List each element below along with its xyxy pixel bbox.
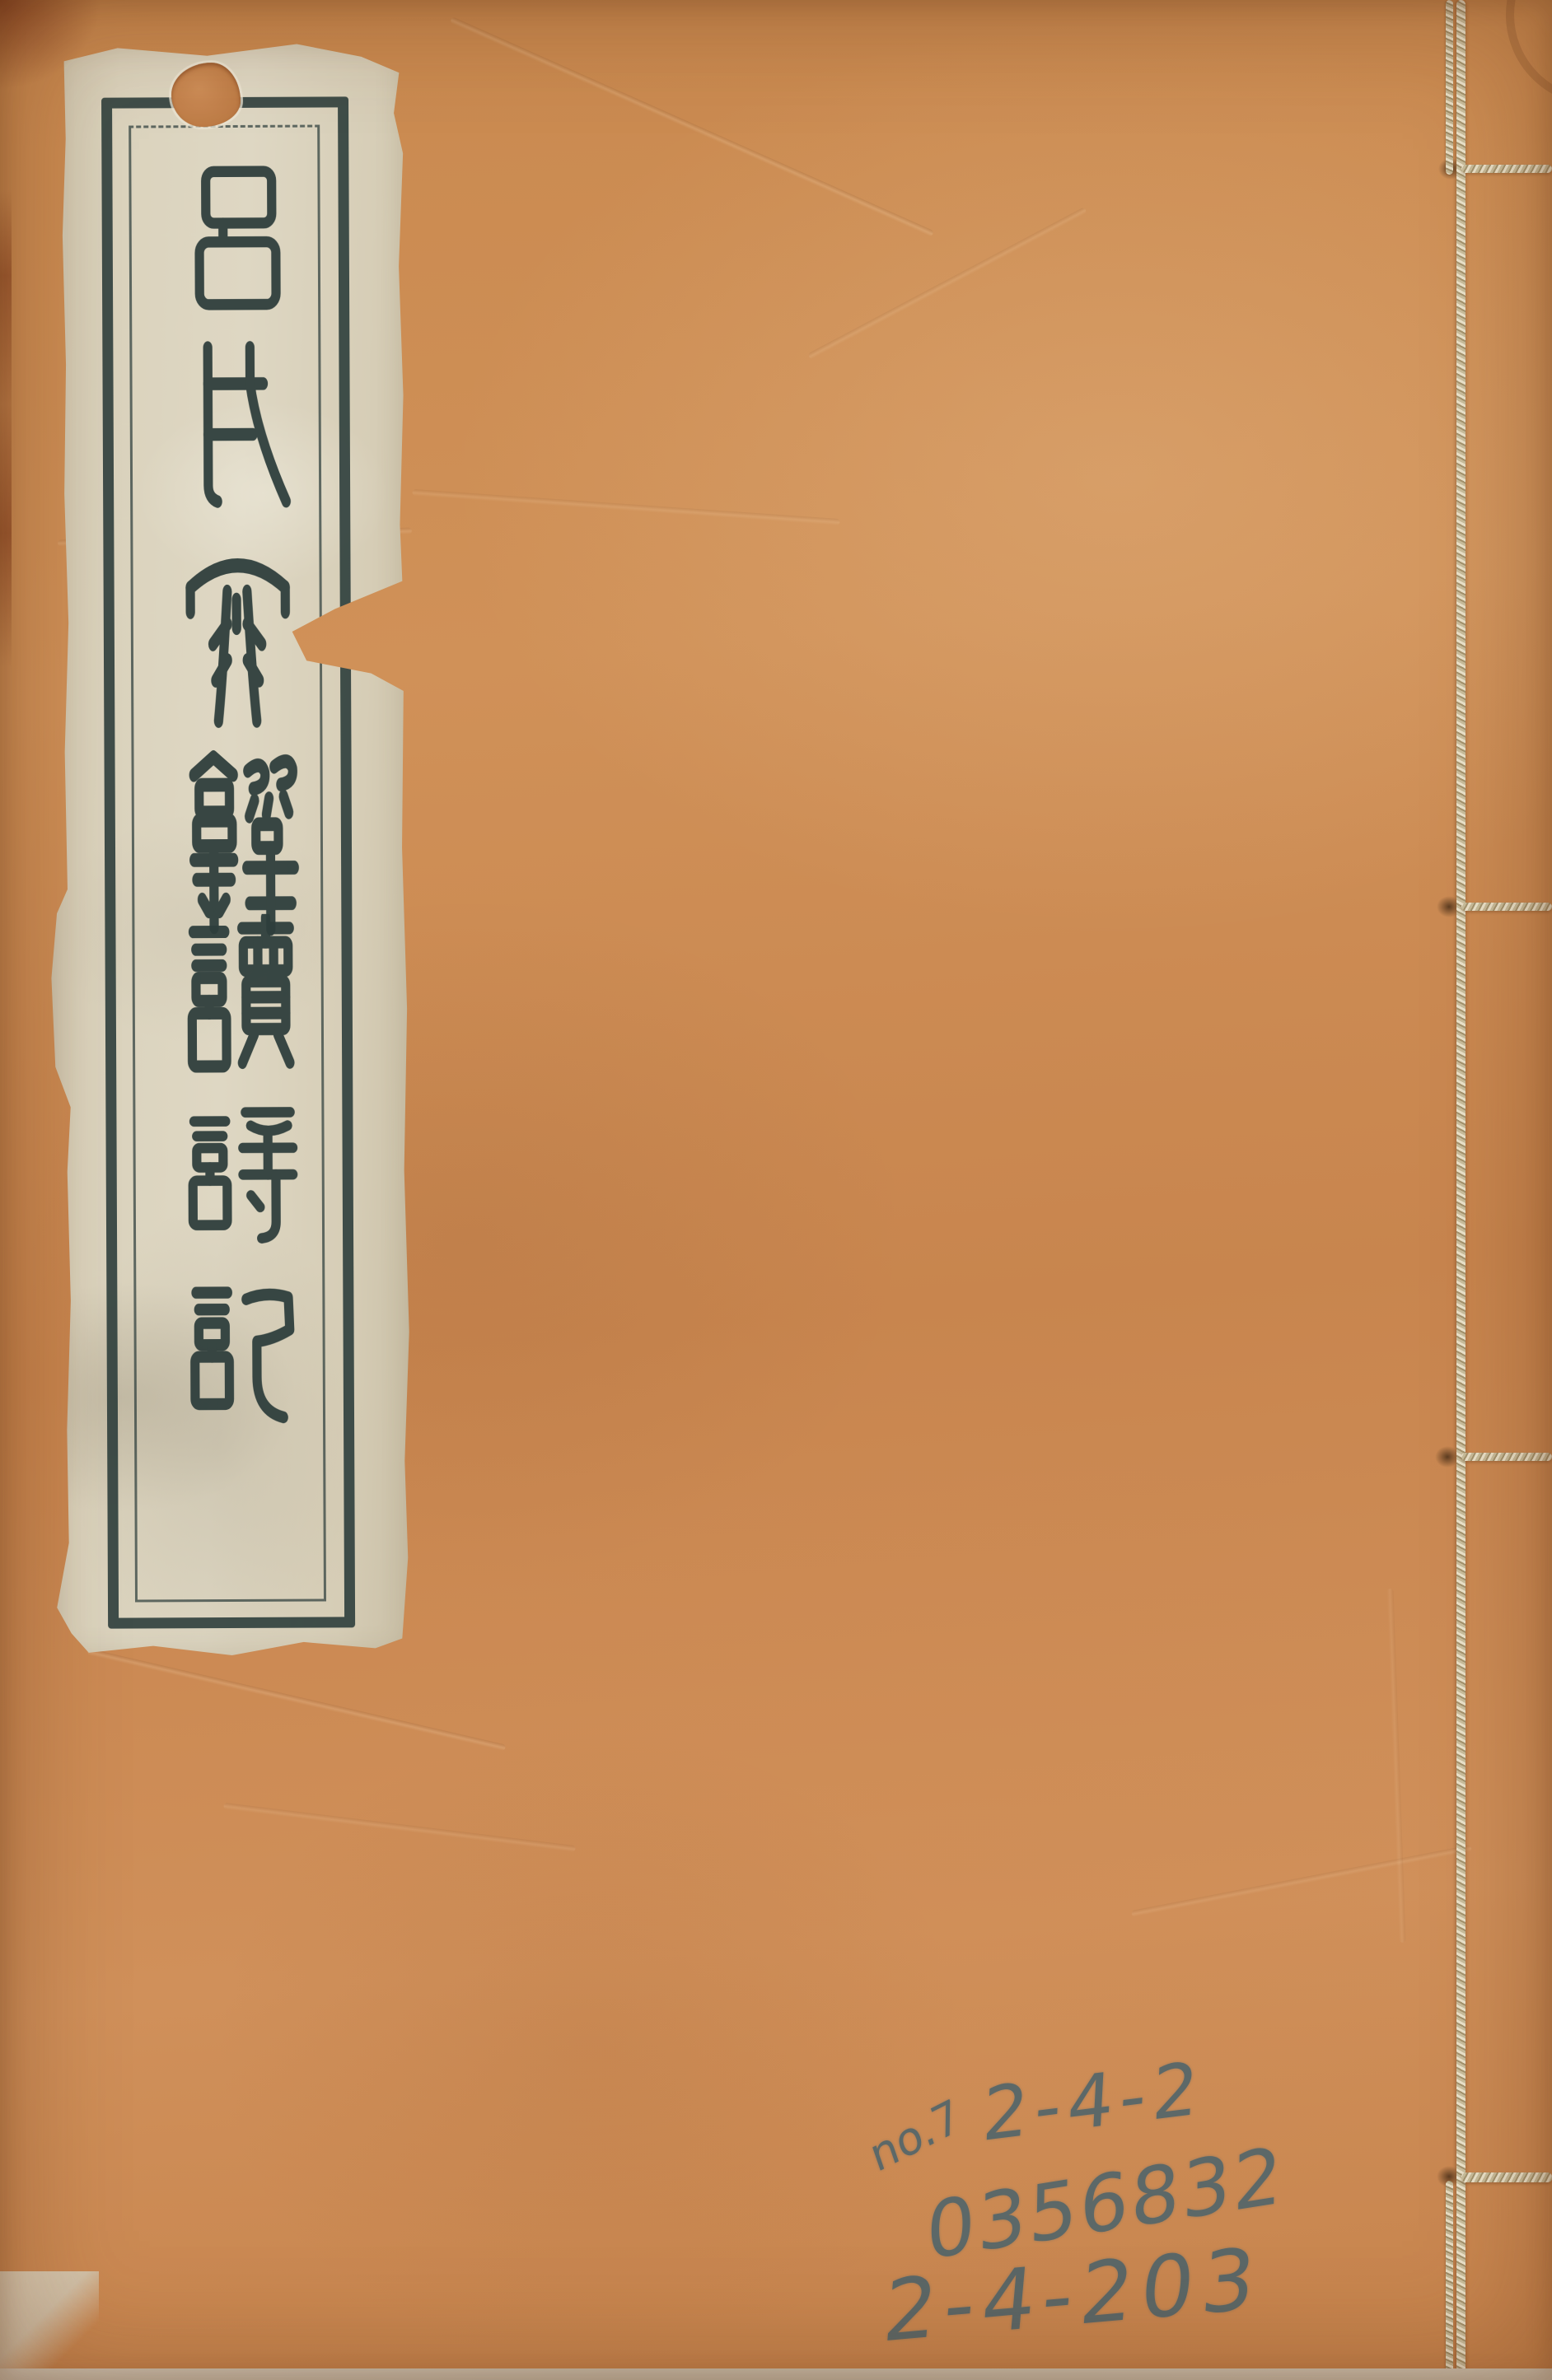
- crease: [223, 1803, 576, 1852]
- binding-thread-vertical: [1456, 0, 1466, 2380]
- title-char-glyph-1: [170, 161, 302, 318]
- binding-thread-horizontal-2: [1461, 903, 1552, 911]
- label-tear-hole: [171, 63, 241, 127]
- binding-thread-strand-top: [1446, 0, 1453, 175]
- edge-wear-left: [0, 189, 12, 667]
- title-char-glyph-6: [174, 1104, 306, 1253]
- title-char-glyph-7: [175, 1272, 307, 1442]
- crease: [412, 489, 839, 525]
- title-char-glyph-2: [171, 329, 303, 511]
- crease: [807, 207, 1087, 359]
- title-label: 呂 氏 家 塾: [46, 40, 412, 1656]
- crease: [450, 16, 934, 237]
- title-char-lu: 呂: [170, 161, 302, 318]
- title-char-jia: 家: [171, 531, 304, 734]
- binding-thread-strand-bottom: [1446, 2181, 1453, 2380]
- title-char-du: 讀: [173, 914, 306, 1092]
- binding-thread-horizontal-3: [1461, 1453, 1552, 1461]
- handwriting-no-label: no.7: [863, 2089, 967, 2183]
- title-char-shi2: 詩: [174, 1104, 306, 1253]
- crease: [87, 1649, 506, 1752]
- handwriting-call-number-1: 2-4-2: [980, 2045, 1207, 2158]
- crease: [1131, 1845, 1472, 1917]
- title-char-glyph-3: [171, 531, 304, 734]
- scan-edge-bottom: [0, 2368, 1552, 2380]
- binding-thread-horizontal-4: [1461, 2172, 1552, 2182]
- corner-tear-bottom-left: [0, 2271, 99, 2380]
- binding-thread-horizontal-1: [1461, 165, 1552, 173]
- thread-imprint-curve: [1506, 0, 1552, 105]
- title-char-shi: 氏: [171, 329, 303, 511]
- title-char-glyph-5: [173, 914, 306, 1092]
- book-cover: 呂 氏 家 塾: [0, 0, 1552, 2380]
- crease: [1386, 1589, 1405, 1943]
- title-char-ji: 記: [175, 1272, 307, 1442]
